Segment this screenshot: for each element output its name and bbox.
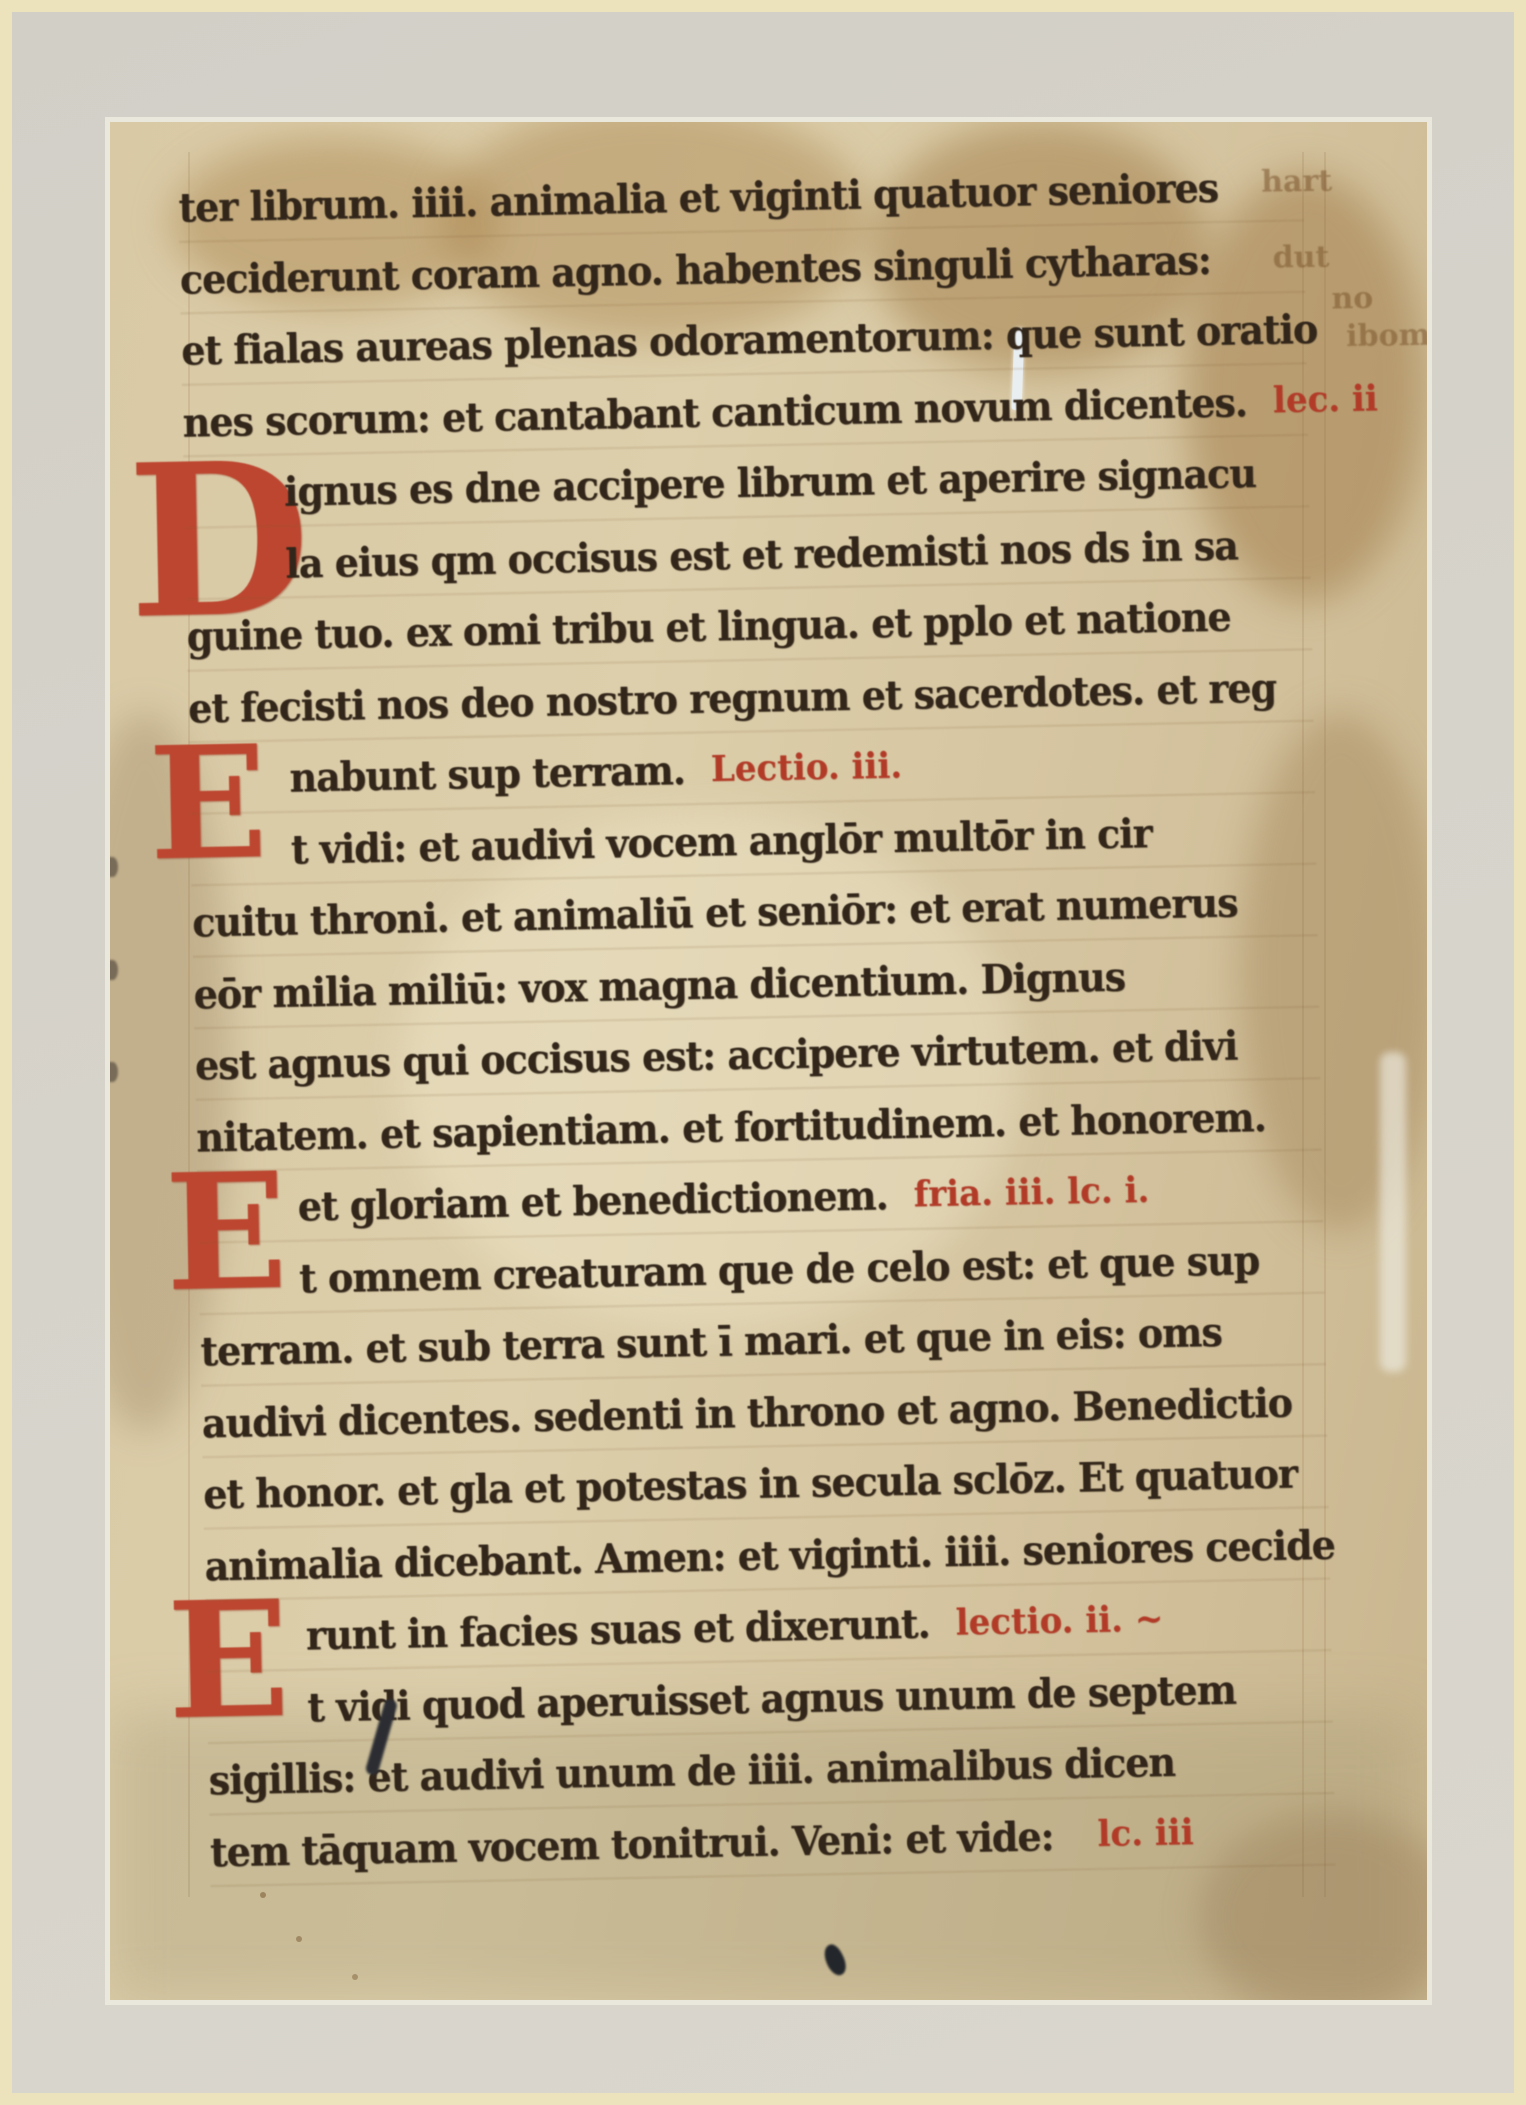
red-rubric: fria. iii. lc. i.: [913, 1169, 1149, 1216]
line-text: ceciderunt coram agno. habentes singuli …: [179, 235, 1211, 302]
line-text: cuitu throni. et animaliū et seniōr: et …: [192, 878, 1238, 946]
red-rubric: lectio. ii. ~: [955, 1598, 1163, 1644]
line-text: et fecisti nos deo nostro regnum et sace…: [188, 663, 1277, 732]
red-rubric: Lectio. iii.: [710, 745, 902, 791]
line-text: tem tāquam vocem tonitrui. Veni: et vide…: [210, 1812, 1054, 1876]
script-block: D E E E ter librum. iiii. animalia et vi…: [110, 122, 1427, 2000]
line-text: ignus es dne accipere librum et aperire …: [284, 449, 1257, 515]
marginal-annotation: dut: [1272, 240, 1329, 276]
line-text: terram. et sub terra sunt ī mari. et que…: [200, 1308, 1222, 1375]
line-text: eōr milia miliū: vox magna dicentium. Di…: [193, 952, 1125, 1018]
mat-window: D E E E ter librum. iiii. animalia et vi…: [105, 117, 1432, 2005]
red-rubric: lc. iii: [1097, 1812, 1194, 1856]
line-text: ter librum. iiii. animalia et viginti qu…: [178, 164, 1218, 232]
line-text: et gloriam et benedictionem.: [297, 1171, 888, 1230]
photograph-of-framed-manuscript: D E E E ter librum. iiii. animalia et vi…: [0, 0, 1526, 2105]
line-text: la eius qm occisus est et redemisti nos …: [285, 521, 1238, 587]
line-text: est agnus qui occisus est: accipere virt…: [195, 1021, 1238, 1089]
line-text: animalia dicebant. Amen: et viginti. iii…: [204, 1520, 1335, 1589]
marginal-annotation: hart: [1261, 164, 1333, 200]
line-text: t vidi: et audivi vocem anglōr multōr in…: [290, 809, 1152, 873]
red-rubric: lec. ii: [1273, 378, 1379, 422]
line-text: audivi dicentes. sedenti in throno et ag…: [201, 1378, 1292, 1447]
manuscript-leaf: D E E E ter librum. iiii. animalia et vi…: [110, 122, 1427, 2000]
marginal-annotation: no: [1331, 281, 1373, 317]
line-text: et fialas aureas plenas odoramentorum: q…: [181, 305, 1318, 375]
line-text: guine tuo. ex omi tribu et lingua. et pp…: [186, 592, 1231, 660]
line-text: nitatem. et sapientiam. et fortitudinem.…: [196, 1092, 1266, 1160]
text-block: ter librum. iiii. animalia et viginti qu…: [178, 150, 1336, 1887]
line-text: sigillis: et audivi unum de iiii. animal…: [208, 1738, 1175, 1804]
line-text: t vidi quod aperuisset agnus unum de sep…: [307, 1665, 1236, 1731]
mat-board: D E E E ter librum. iiii. animalia et vi…: [12, 12, 1514, 2093]
line-text: t omnem creaturam que de celo est: et qu…: [299, 1236, 1260, 1302]
line-text: nabunt sup terram.: [289, 746, 685, 801]
marginal-annotation: ibom: [1346, 318, 1427, 355]
line-text: runt in facies suas et dixerunt.: [305, 1599, 930, 1659]
line-text: nes scorum: et cantabant canticum novum …: [182, 378, 1247, 446]
line-text: et honor. et gla et potestas in secula s…: [203, 1449, 1298, 1518]
